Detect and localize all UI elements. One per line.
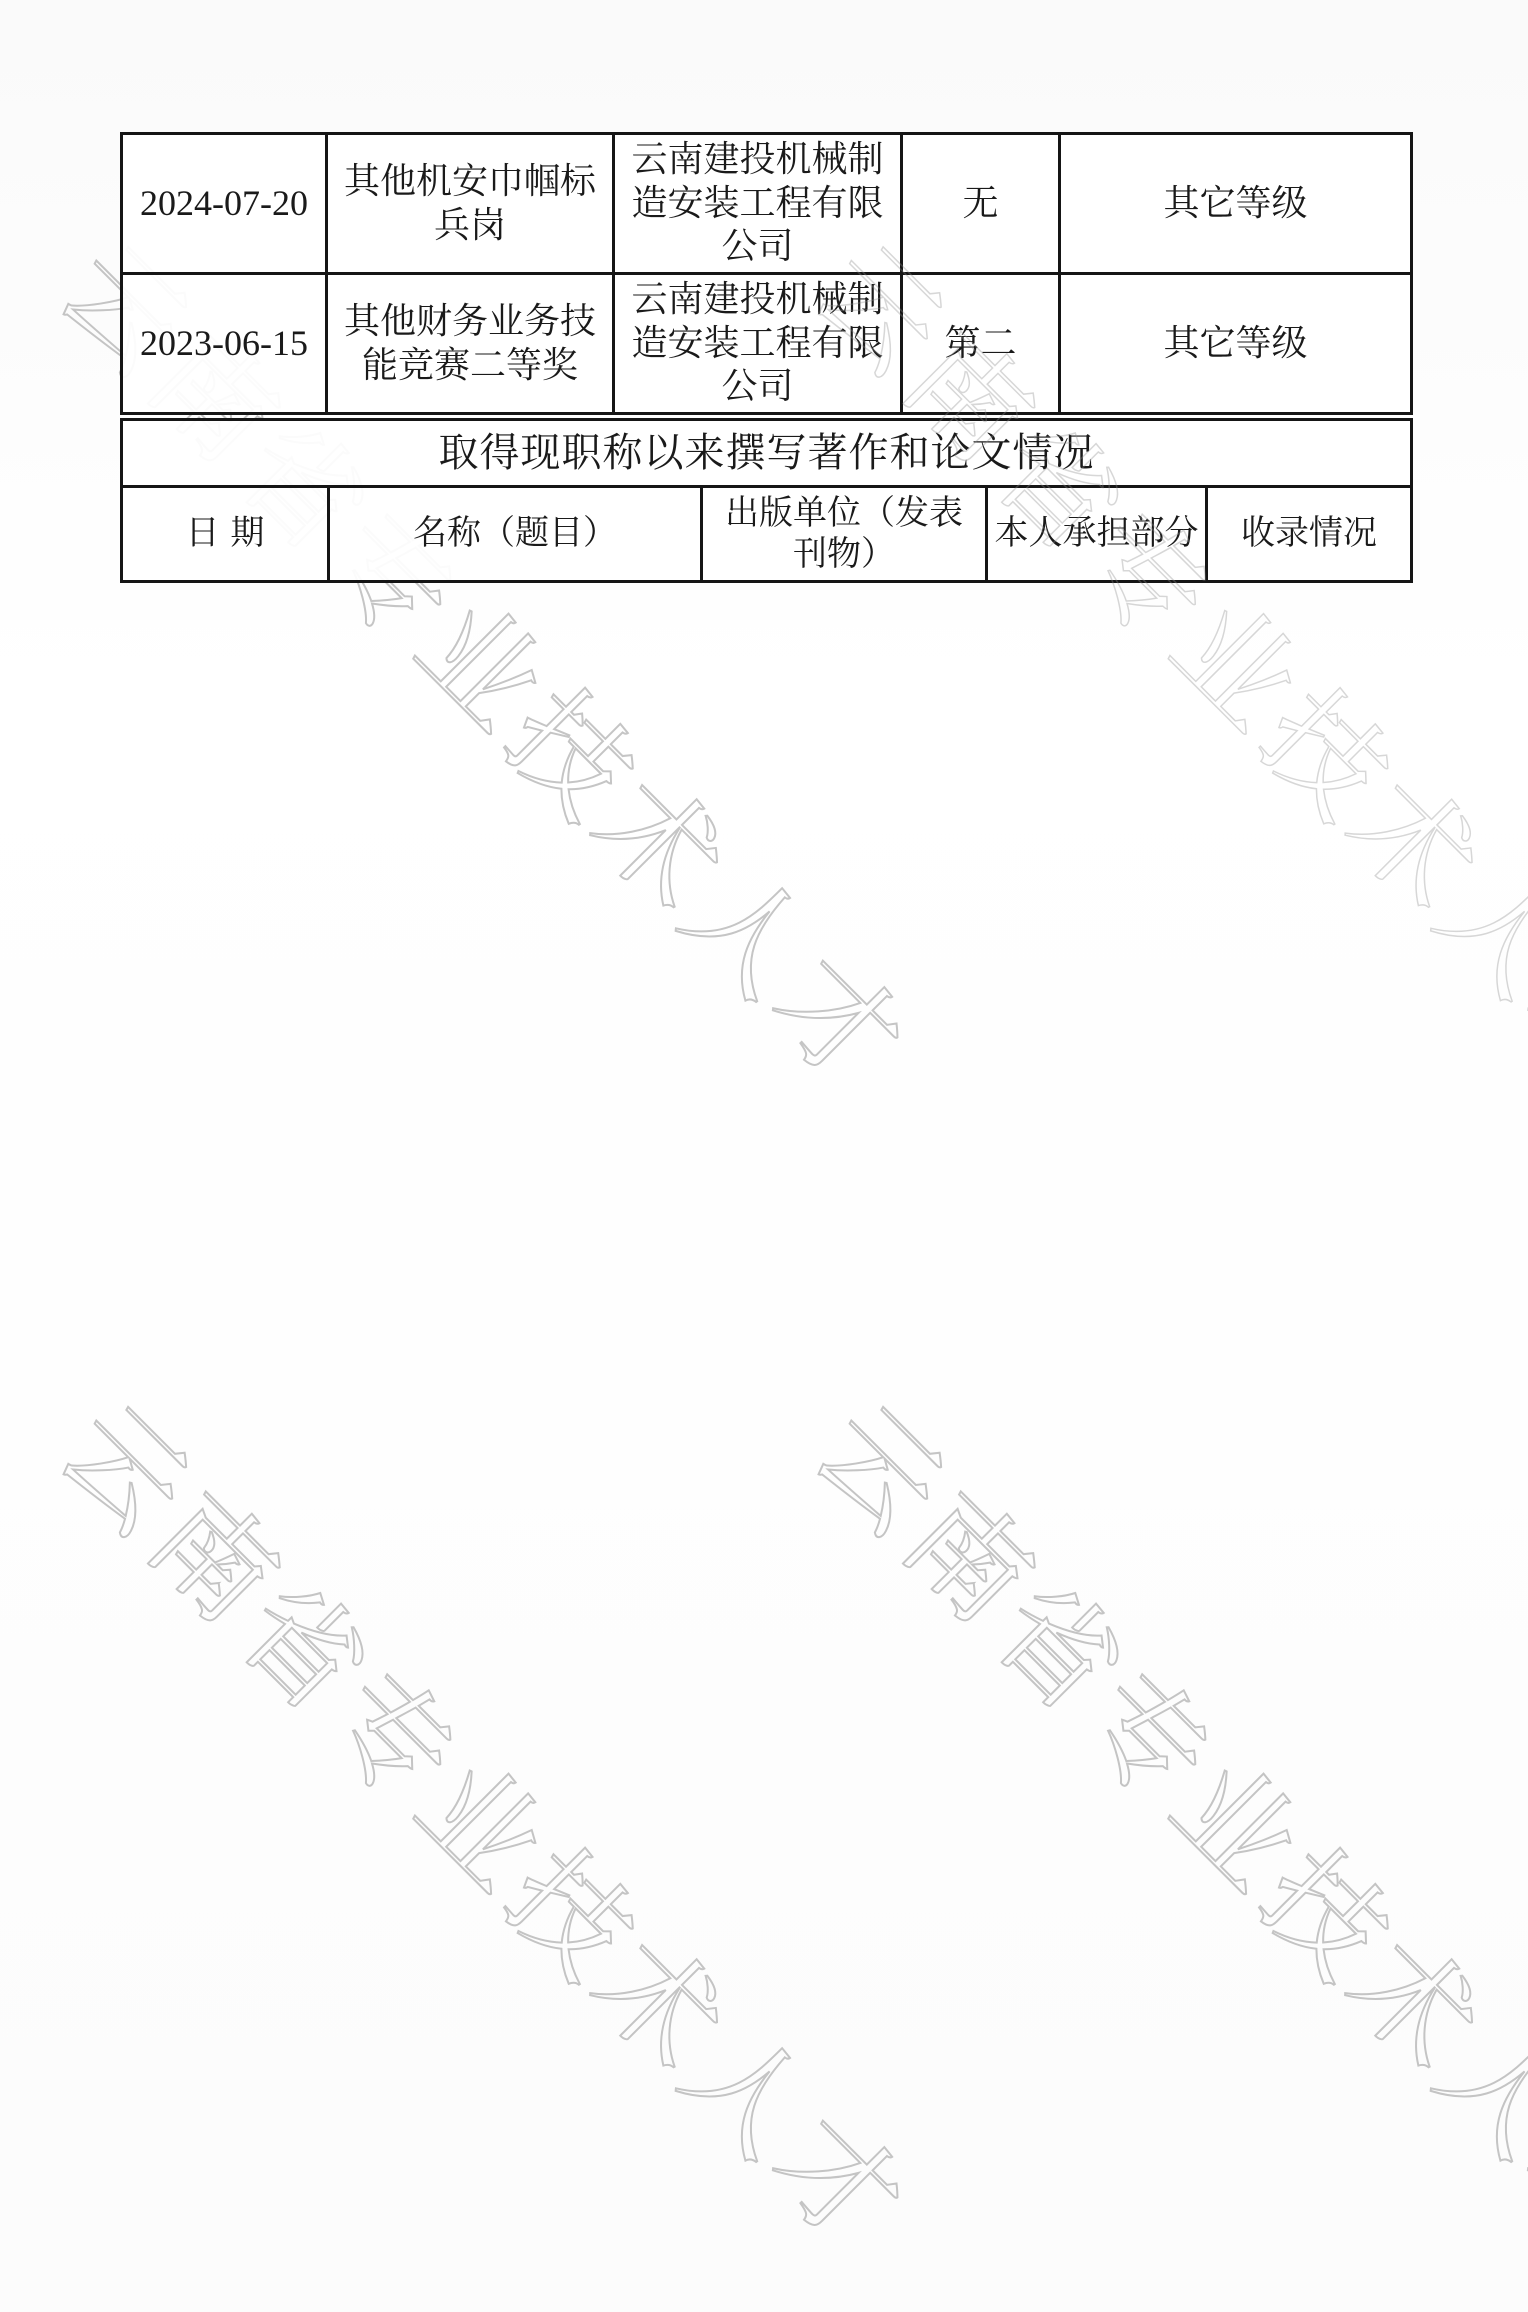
awards-table: 2024-07-20 其他机安巾帼标兵岗 云南建投机械制造安装工程有限公司 无 …	[120, 132, 1413, 415]
header-name: 名称（题目）	[329, 487, 702, 582]
award-date: 2024-07-20	[122, 134, 327, 274]
papers-table: 取得现职称以来撰写著作和论文情况 日 期 名称（题目） 出版单位（发表刊物） 本…	[120, 418, 1413, 583]
header-date: 日 期	[122, 487, 329, 582]
award-level: 其它等级	[1060, 134, 1412, 274]
award-issuer: 云南建投机械制造安装工程有限公司	[614, 274, 902, 414]
header-row: 日 期 名称（题目） 出版单位（发表刊物） 本人承担部分 收录情况	[122, 487, 1412, 582]
award-name: 其他机安巾帼标兵岗	[327, 134, 614, 274]
header-indexed: 收录情况	[1207, 487, 1412, 582]
award-level: 其它等级	[1060, 274, 1412, 414]
award-issuer: 云南建投机械制造安装工程有限公司	[614, 134, 902, 274]
header-publisher: 出版单位（发表刊物）	[702, 487, 987, 582]
table-row: 2024-07-20 其他机安巾帼标兵岗 云南建投机械制造安装工程有限公司 无 …	[122, 134, 1412, 274]
award-rank: 第二	[902, 274, 1060, 414]
table-row: 2023-06-15 其他财务业务技能竞赛二等奖 云南建投机械制造安装工程有限公…	[122, 274, 1412, 414]
section-title-row: 取得现职称以来撰写著作和论文情况	[122, 420, 1412, 487]
document-content: 2024-07-20 其他机安巾帼标兵岗 云南建投机械制造安装工程有限公司 无 …	[0, 0, 1528, 2312]
section-title: 取得现职称以来撰写著作和论文情况	[122, 420, 1412, 487]
award-date: 2023-06-15	[122, 274, 327, 414]
award-name: 其他财务业务技能竞赛二等奖	[327, 274, 614, 414]
award-rank: 无	[902, 134, 1060, 274]
header-role: 本人承担部分	[987, 487, 1207, 582]
